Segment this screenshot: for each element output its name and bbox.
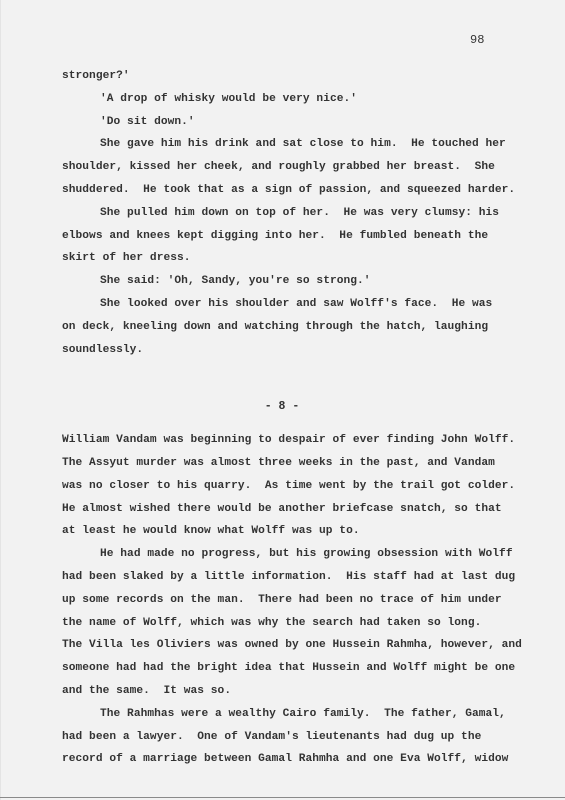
text-line: someone had had the bright idea that Hus…	[62, 657, 502, 680]
text-line: was no closer to his quarry. As time wen…	[62, 475, 502, 498]
section-8-text: William Vandam was beginning to despair …	[62, 429, 502, 771]
text-line: She gave him his drink and sat close to …	[62, 133, 502, 156]
paragraph: She looked over his shoulder and saw Wol…	[62, 293, 502, 361]
text-line: soundlessly.	[62, 339, 502, 362]
text-line: the name of Wolff, which was why the sea…	[62, 612, 502, 635]
text-line: shoulder, kissed her cheek, and roughly …	[62, 156, 502, 179]
scan-bottom-edge	[0, 797, 565, 798]
text-line: had been a lawyer. One of Vandam's lieut…	[62, 726, 502, 749]
text-line: The Assyut murder was almost three weeks…	[62, 452, 502, 475]
scene-ending: stronger?''A drop of whisky would be ver…	[62, 65, 502, 361]
paragraph: 'A drop of whisky would be very nice.'	[62, 88, 502, 111]
text-line: record of a marriage between Gamal Rahmh…	[62, 748, 502, 771]
typewritten-page: 98 stronger?''A drop of whisky would be …	[0, 0, 565, 800]
text-line: 'A drop of whisky would be very nice.'	[62, 88, 502, 111]
text-line: He had made no progress, but his growing…	[62, 543, 502, 566]
text-line: She pulled him down on top of her. He wa…	[62, 202, 502, 225]
manuscript-text: stronger?''A drop of whisky would be ver…	[62, 65, 502, 771]
text-line: at least he would know what Wolff was up…	[62, 520, 502, 543]
text-line: William Vandam was beginning to despair …	[62, 429, 502, 452]
text-line: and the same. It was so.	[62, 680, 502, 703]
scan-edge-left	[0, 0, 1, 800]
text-line: The Villa les Oliviers was owned by one …	[62, 634, 502, 657]
text-line: up some records on the man. There had be…	[62, 589, 502, 612]
paragraph: stronger?'	[62, 65, 502, 88]
text-line: The Rahmhas were a wealthy Cairo family.…	[62, 703, 502, 726]
paragraph: The Rahmhas were a wealthy Cairo family.…	[62, 703, 502, 771]
paragraph: She gave him his drink and sat close to …	[62, 133, 502, 201]
text-line: She looked over his shoulder and saw Wol…	[62, 293, 502, 316]
section-marker: - 8 -	[62, 396, 502, 419]
text-line: stronger?'	[62, 65, 502, 88]
text-line: elbows and knees kept digging into her. …	[62, 225, 502, 248]
paragraph: She pulled him down on top of her. He wa…	[62, 202, 502, 270]
text-line: skirt of her dress.	[62, 247, 502, 270]
paragraph: She said: 'Oh, Sandy, you're so strong.'	[62, 270, 502, 293]
text-line: on deck, kneeling down and watching thro…	[62, 316, 502, 339]
page-number: 98	[470, 33, 484, 47]
text-line: He almost wished there would be another …	[62, 498, 502, 521]
paragraph: 'Do sit down.'	[62, 111, 502, 134]
paragraph: He had made no progress, but his growing…	[62, 543, 502, 703]
text-line: 'Do sit down.'	[62, 111, 502, 134]
text-line: had been slaked by a little information.…	[62, 566, 502, 589]
paragraph: William Vandam was beginning to despair …	[62, 429, 502, 543]
text-line: shuddered. He took that as a sign of pas…	[62, 179, 502, 202]
text-line: She said: 'Oh, Sandy, you're so strong.'	[62, 270, 502, 293]
